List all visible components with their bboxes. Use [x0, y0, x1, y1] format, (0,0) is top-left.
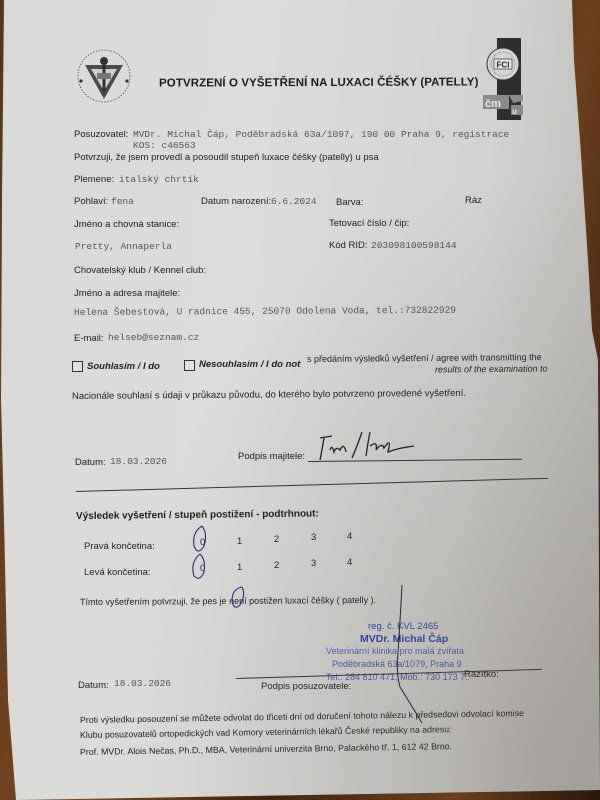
- email-label: E-mail:: [74, 333, 104, 344]
- examiner-value-line1: MVDr. Michal Čáp, Poděbradská 63a/1097, …: [133, 129, 509, 140]
- breed-label: Plemene:: [74, 174, 114, 185]
- right-limb-label: Pravá končetina:: [84, 541, 155, 552]
- consent-agree-label: Souhlasím / I do: [87, 361, 160, 372]
- left-limb-label: Levá končetina:: [84, 567, 151, 578]
- consent-text-line1: s předáním výsledků vyšetření / agree wi…: [307, 352, 542, 364]
- owner-sign-label: Podpis majitele:: [238, 451, 305, 462]
- owner-value: Helena Šebestová, U radnice 455, 25070 O…: [74, 305, 456, 318]
- svg-text:u: u: [512, 107, 517, 116]
- examiner-date-value: 18.03.2026: [114, 678, 171, 689]
- email-value: helseb@seznam.cz: [108, 332, 199, 343]
- rid-code-value: 203098100598144: [371, 240, 457, 251]
- right-grade-1[interactable]: 1: [237, 536, 242, 547]
- owner-signature-icon: [318, 428, 428, 464]
- stamp-label: Razítko:: [464, 669, 499, 680]
- svg-text:FCI: FCI: [497, 61, 510, 70]
- consent-agree-checkbox[interactable]: [72, 361, 83, 372]
- owner-date-label: Datum:: [75, 457, 106, 468]
- rid-code-label: Kód RID:: [329, 240, 368, 251]
- statement-prefix: Tímto vyšetřením potvrzuji, že pes je: [80, 596, 229, 607]
- breed-club-label: Chovatelský klub / Kennel club:: [74, 265, 206, 276]
- consent-disagree-checkbox[interactable]: [184, 360, 195, 371]
- birth-date-value: 6.6.2024: [271, 196, 317, 207]
- svg-text:čm: čm: [485, 98, 501, 110]
- tattoo-chip-label: Tetovací číslo / čip:: [329, 218, 409, 229]
- examiner-sign-label: Podpis posuzovatele:: [261, 681, 351, 692]
- statement-choice-circle-icon: [228, 585, 248, 613]
- fci-emblem-icon: FCI: [486, 47, 520, 81]
- examiner-label: Posuzovatel:: [74, 129, 128, 140]
- left-grade-4[interactable]: 4: [347, 557, 352, 568]
- document-title: POTVRZENÍ O VYŠETŘENÍ NA LUXACI ČÉŠKY (P…: [159, 76, 479, 89]
- consent-disagree-label: Nesouhlasím / I do not: [199, 359, 300, 370]
- consent-text-line2: results of the examination to: [435, 364, 548, 375]
- examiner-date-label: Datum:: [78, 680, 109, 691]
- right-grade-4[interactable]: 4: [347, 531, 352, 542]
- owner-date-value: 18.03.2026: [110, 456, 167, 467]
- examiner-value-line2: KOS: c46563: [133, 140, 196, 151]
- birth-date-label: Datum narození:: [201, 196, 271, 207]
- right-grade-2[interactable]: 2: [274, 534, 279, 545]
- confirmation-text: Potvrzuji, že jsem provedl a posoudil st…: [74, 152, 379, 163]
- name-kennel-label: Jméno a chovná stanice:: [74, 219, 179, 230]
- right-grade-3[interactable]: 3: [311, 532, 316, 543]
- name-kennel-value: Pretty, Annaperla: [75, 241, 172, 252]
- statement-suffix: postižen luxací čéšky ( patelly ).: [247, 595, 377, 606]
- color-label: Barva:: [336, 197, 363, 208]
- cmku-logo-icon: čm u: [483, 93, 523, 117]
- sex-value: fena: [111, 196, 134, 207]
- sex-label: Pohlaví:: [74, 196, 108, 207]
- veterinary-association-emblem-icon: [75, 47, 133, 105]
- left-grade-3[interactable]: 3: [311, 558, 316, 569]
- breed-value: italský chrtík: [119, 174, 199, 185]
- grade-selection-circle-icon: [190, 524, 214, 582]
- owner-label: Jméno a adresa majitele:: [74, 288, 180, 299]
- left-grade-1[interactable]: 1: [237, 562, 242, 573]
- left-grade-2[interactable]: 2: [274, 560, 279, 571]
- type-label: Ráz: [465, 195, 482, 206]
